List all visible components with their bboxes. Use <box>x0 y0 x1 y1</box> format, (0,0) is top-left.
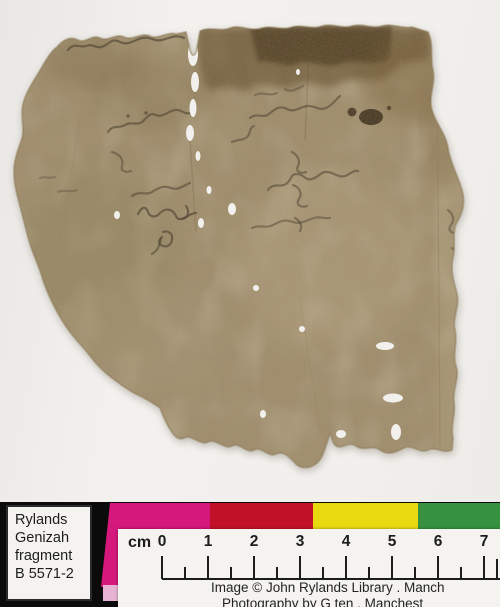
color-patch-light-pink <box>103 585 119 601</box>
fragment-graphic <box>0 0 500 500</box>
manuscript-fragment <box>0 0 500 500</box>
credit-line-2: Photography by G ten . Manchest <box>222 596 423 607</box>
catalog-label: Rylands Genizah fragment B 5571-2 <box>6 505 92 601</box>
catalog-label-line: fragment <box>15 547 90 565</box>
credit-line-1: Image © John Rylands Library . Manch <box>211 580 445 595</box>
catalog-label-line: B 5571-2 <box>15 565 90 583</box>
photo-stage: Rylands Genizah fragment B 5571-2 cm 0 1… <box>0 0 500 607</box>
catalog-label-line: Genizah <box>15 529 90 547</box>
ruler-card: cm 0 1 2 3 4 5 6 7 <box>118 529 500 607</box>
photography-table: Rylands Genizah fragment B 5571-2 cm 0 1… <box>0 502 500 607</box>
catalog-label-line: Rylands <box>15 511 90 529</box>
